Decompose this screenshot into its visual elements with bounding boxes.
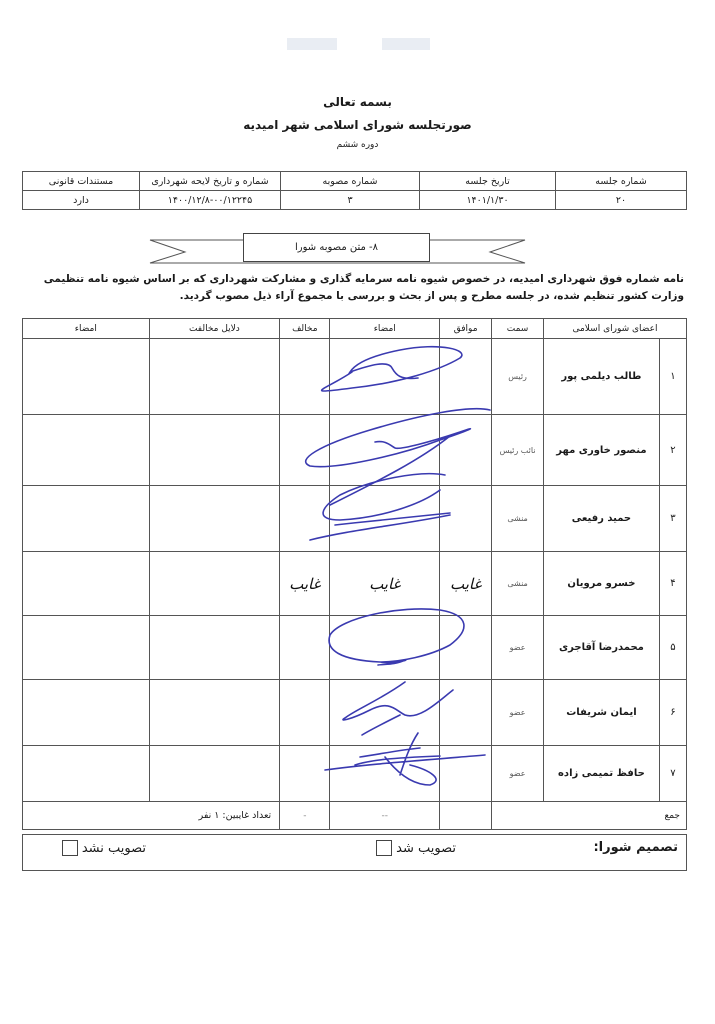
section-banner: ۸- متن مصوبه شورا [145, 230, 530, 268]
faded-stamp [382, 38, 430, 50]
member-role: عضو [492, 680, 544, 746]
session-number: ۲۰ [556, 191, 687, 210]
signature-2-cell [23, 616, 150, 680]
rejected-option[interactable]: تصویب نشد [62, 840, 146, 856]
signature-cell [330, 746, 440, 802]
bismillah: بسمه تعالی [0, 95, 715, 109]
council-decision: تصمیم شورا: تصویب شد تصویب نشد [22, 834, 687, 871]
member-name: خسرو مرویان [543, 552, 659, 616]
reasons-cell [149, 552, 280, 616]
member-role: رئیس [492, 339, 544, 415]
oppose-cell [280, 486, 330, 552]
bill-number-date: ۱۴۰۰/۱۲/۸-۰۰/۱۲۲۴۵ [140, 191, 281, 210]
sum-oppose: - [280, 802, 330, 830]
reasons-cell [149, 339, 280, 415]
meta-header-row: شماره جلسه تاریخ جلسه شماره مصوبه شماره … [23, 172, 687, 191]
absent-count: تعداد غایبین: ۱ نفر [23, 802, 280, 830]
header-legal-documents: مستندات قانونی [23, 172, 140, 191]
signature-cell [330, 339, 440, 415]
row-number: ۱ [659, 339, 686, 415]
signature-2-cell [23, 339, 150, 415]
agree-cell [440, 616, 492, 680]
meta-table: شماره جلسه تاریخ جلسه شماره مصوبه شماره … [22, 171, 687, 210]
vote-header-row: اعضای شورای اسلامی سمت موافق امضاء مخالف… [23, 319, 687, 339]
header-oppose: مخالف [280, 319, 330, 339]
signature-cell [330, 616, 440, 680]
header-signature: امضاء [330, 319, 440, 339]
member-name: حافظ تمیمی زاده [543, 746, 659, 802]
agree-cell [440, 746, 492, 802]
member-name: طالب دیلمی پور [543, 339, 659, 415]
agree-cell [440, 339, 492, 415]
table-row: ۶ ایمان شریفات عضو [23, 680, 687, 746]
vote-table: اعضای شورای اسلامی سمت موافق امضاء مخالف… [22, 318, 687, 830]
agree-cell [440, 486, 492, 552]
reasons-cell [149, 415, 280, 486]
meta-value-row: ۲۰ ۱۴۰۱/۱/۳۰ ۳ ۱۴۰۰/۱۲/۸-۰۰/۱۲۲۴۵ دارد [23, 191, 687, 210]
rejected-label: تصویب نشد [82, 841, 146, 856]
header-members: اعضای شورای اسلامی [543, 319, 686, 339]
header-bill-number-date: شماره و تاریخ لایحه شهرداری [140, 172, 281, 191]
signature-2-cell [23, 415, 150, 486]
member-role: عضو [492, 746, 544, 802]
row-number: ۷ [659, 746, 686, 802]
member-name: حمید رفیعی [543, 486, 659, 552]
row-number: ۲ [659, 415, 686, 486]
sum-label: جمع [492, 802, 687, 830]
agree-absent-note: غایب [440, 552, 492, 616]
faded-stamp [287, 38, 337, 50]
member-role: منشی [492, 486, 544, 552]
row-number: ۳ [659, 486, 686, 552]
header-reasons: دلایل مخالفت [149, 319, 280, 339]
member-role: نائب رئیس [492, 415, 544, 486]
table-row: ۲ منصور خاوری مهر نائب رئیس [23, 415, 687, 486]
member-name: ایمان شریفات [543, 680, 659, 746]
signature-cell [330, 680, 440, 746]
signature-cell [330, 415, 440, 486]
resolution-text: نامه شماره فوق شهرداری امیدیه، در خصوص ش… [22, 271, 684, 305]
oppose-cell [280, 616, 330, 680]
header-session-number: شماره جلسه [556, 172, 687, 191]
document-title: صورتجلسه شورای اسلامی شهر امیدیه [0, 118, 715, 132]
table-row: ۵ محمدرضا آقاجری عضو [23, 616, 687, 680]
decision-label: تصمیم شورا: [593, 840, 678, 855]
member-role: منشی [492, 552, 544, 616]
member-name: محمدرضا آقاجری [543, 616, 659, 680]
row-number: ۵ [659, 616, 686, 680]
row-number: ۶ [659, 680, 686, 746]
agree-cell [440, 680, 492, 746]
signature-cell [330, 486, 440, 552]
section-title: ۸- متن مصوبه شورا [243, 233, 430, 262]
oppose-cell [280, 415, 330, 486]
header-role: سمت [492, 319, 544, 339]
reasons-cell [149, 486, 280, 552]
approved-option[interactable]: تصویب شد [376, 840, 456, 856]
agree-cell [440, 415, 492, 486]
table-row: ۷ حافظ تمیمی زاده عضو [23, 746, 687, 802]
reasons-cell [149, 746, 280, 802]
signature-absent-note: غایب [330, 552, 440, 616]
rejected-checkbox[interactable] [62, 840, 78, 856]
signature-2-cell [23, 486, 150, 552]
signature-2-cell [23, 680, 150, 746]
signature-2-cell [23, 552, 150, 616]
sum-row: جمع -- - تعداد غایبین: ۱ نفر [23, 802, 687, 830]
member-name: منصور خاوری مهر [543, 415, 659, 486]
header-resolution-number: شماره مصوبه [281, 172, 420, 191]
approved-label: تصویب شد [396, 841, 456, 856]
reasons-cell [149, 680, 280, 746]
signature-2-cell [23, 746, 150, 802]
reasons-cell [149, 616, 280, 680]
sum-agree [440, 802, 492, 830]
row-number: ۴ [659, 552, 686, 616]
table-row: ۴ خسرو مرویان منشی غایب غایب غایب [23, 552, 687, 616]
table-row: ۱ طالب دیلمی پور رئیس [23, 339, 687, 415]
oppose-cell [280, 339, 330, 415]
oppose-absent-note: غایب [280, 552, 330, 616]
header-agree: موافق [440, 319, 492, 339]
sum-signature: -- [330, 802, 440, 830]
resolution-number: ۳ [281, 191, 420, 210]
council-term: دوره ششم [0, 140, 715, 150]
approved-checkbox[interactable] [376, 840, 392, 856]
header-session-date: تاریخ جلسه [420, 172, 556, 191]
member-role: عضو [492, 616, 544, 680]
header-signature-2: امضاء [23, 319, 150, 339]
oppose-cell [280, 680, 330, 746]
oppose-cell [280, 746, 330, 802]
session-date: ۱۴۰۱/۱/۳۰ [420, 191, 556, 210]
legal-documents: دارد [23, 191, 140, 210]
table-row: ۳ حمید رفیعی منشی [23, 486, 687, 552]
